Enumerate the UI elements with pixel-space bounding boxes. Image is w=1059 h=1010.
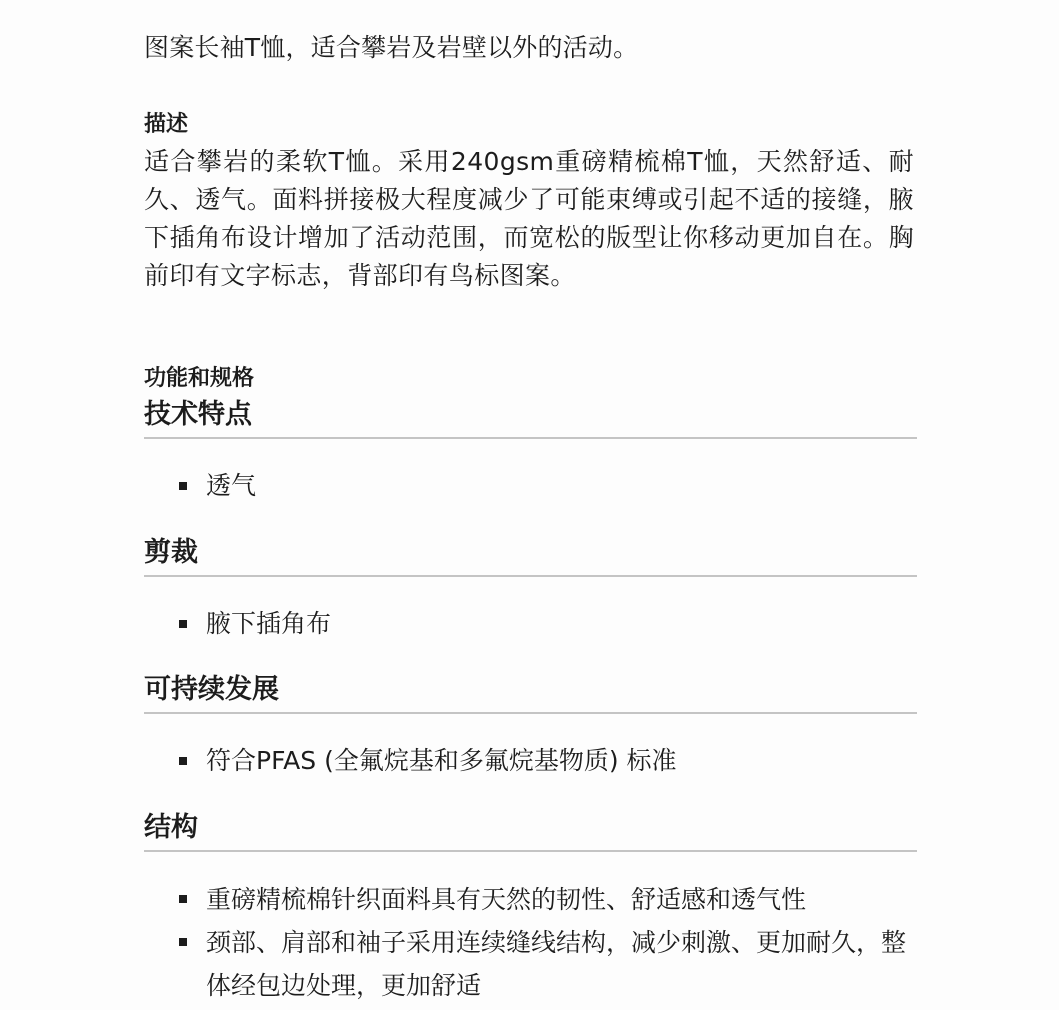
spec-section-sustainability: 可持续发展 符合PFAS (全氟烷基和多氟烷基物质) 标准	[144, 671, 917, 782]
square-bullet-icon	[179, 757, 187, 765]
spec-section-construction: 结构 重磅精梳棉针织面料具有天然的韧性、舒适感和透气性 颈部、肩部和袖子采用连续…	[144, 809, 917, 1007]
list-item-text: 透气	[206, 471, 256, 500]
specs-title: 功能和规格	[144, 364, 254, 394]
feature-list: 符合PFAS (全氟烷基和多氟烷基物质) 标准	[144, 740, 917, 782]
feature-list: 透气	[144, 465, 917, 507]
list-item-text: 符合PFAS (全氟烷基和多氟烷基物质) 标准	[206, 746, 677, 775]
section-heading: 剪裁	[144, 534, 917, 577]
spec-section-fit: 剪裁 腋下插角布	[144, 534, 917, 645]
intro-text: 图案长袖T恤，适合攀岩及岩壁以外的活动。	[144, 30, 638, 66]
square-bullet-icon	[179, 938, 187, 946]
spec-section-technical-features: 技术特点 透气	[144, 396, 917, 507]
description-body: 适合攀岩的柔软T恤。采用240gsm重磅精梳棉T恤，天然舒适、耐久、透气。面料拼…	[144, 143, 914, 295]
list-item: 透气	[206, 465, 917, 507]
section-heading: 结构	[144, 809, 917, 852]
square-bullet-icon	[179, 482, 187, 490]
section-heading: 可持续发展	[144, 671, 917, 714]
list-item-text: 重磅精梳棉针织面料具有天然的韧性、舒适感和透气性	[206, 885, 806, 914]
list-item: 腋下插角布	[206, 603, 917, 645]
section-heading: 技术特点	[144, 396, 917, 439]
square-bullet-icon	[179, 895, 187, 903]
feature-list: 腋下插角布	[144, 603, 917, 645]
square-bullet-icon	[179, 620, 187, 628]
feature-list: 重磅精梳棉针织面料具有天然的韧性、舒适感和透气性 颈部、肩部和袖子采用连续缝线结…	[144, 878, 917, 1007]
list-item-text: 颈部、肩部和袖子采用连续缝线结构，减少刺激、更加耐久，整体经包边处理，更加舒适	[206, 928, 906, 1000]
description-title: 描述	[144, 110, 188, 140]
list-item: 重磅精梳棉针织面料具有天然的韧性、舒适感和透气性	[206, 878, 917, 921]
list-item: 符合PFAS (全氟烷基和多氟烷基物质) 标准	[206, 740, 917, 782]
list-item-text: 腋下插角布	[206, 609, 331, 638]
list-item: 颈部、肩部和袖子采用连续缝线结构，减少刺激、更加耐久，整体经包边处理，更加舒适	[206, 921, 917, 1007]
